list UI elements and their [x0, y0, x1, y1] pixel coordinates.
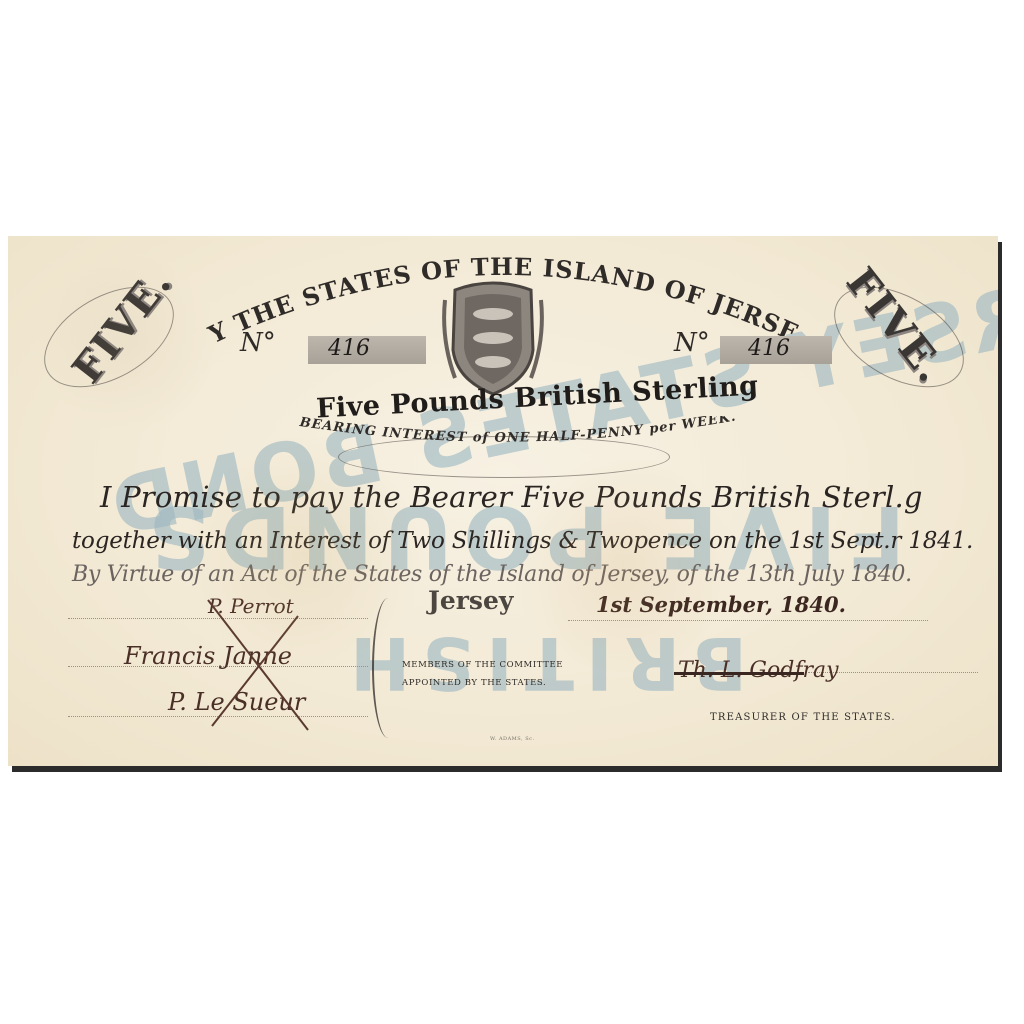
- svg-text:BEARING INTEREST of ONE HALF-P: BEARING INTEREST of ONE HALF-PENNY per W…: [298, 416, 738, 446]
- engraver-imprint: W. ADAMS, Sc.: [490, 736, 535, 742]
- serial-number-right: 416: [748, 336, 790, 361]
- interest-subtitle: BEARING INTEREST of ONE HALF-PENNY per W…: [278, 416, 758, 466]
- interest-line: together with an Interest of Two Shillin…: [72, 528, 973, 554]
- number-label-left: N°: [240, 328, 276, 358]
- treasurer-signature-strike: [674, 672, 804, 675]
- treasurer-label: TREASURER OF THE STATES.: [710, 712, 896, 723]
- committee-label-2: APPOINTED BY THE STATES.: [402, 678, 546, 688]
- issue-date: 1st September, 1840.: [596, 592, 846, 617]
- serial-number-left: 416: [328, 336, 370, 361]
- banknote: JERSEY STATES BOND FIVE POUNDS BRITISH F…: [8, 236, 998, 766]
- number-label-right: N°: [674, 328, 710, 358]
- date-line: [568, 620, 928, 621]
- committee-label-1: MEMBERS OF THE COMMITTEE: [402, 660, 563, 670]
- cancellation-cross: [188, 596, 318, 736]
- treasurer-signature: Th. L. Godfray: [678, 658, 839, 683]
- issue-place: Jersey: [428, 586, 513, 615]
- three-lions-shield-icon: [441, 280, 545, 398]
- committee-brace: [372, 598, 404, 738]
- promise-line: I Promise to pay the Bearer Five Pounds …: [100, 480, 923, 514]
- authority-line: By Virtue of an Act of the States of the…: [72, 562, 912, 587]
